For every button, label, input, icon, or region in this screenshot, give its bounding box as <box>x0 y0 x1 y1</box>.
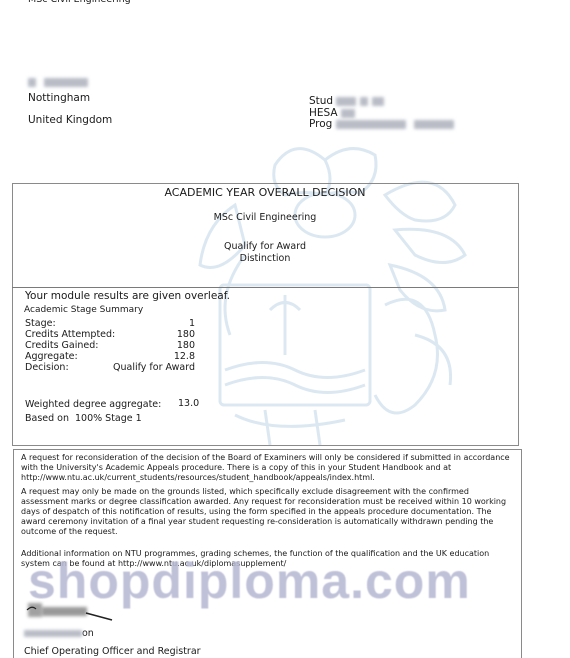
summary-row-label: Aggregate: <box>25 351 78 362</box>
summary-row-value: 180 <box>177 329 195 340</box>
decision-classification: Distinction <box>12 253 518 264</box>
header-programme: MSc Civil Engineering <box>28 0 131 5</box>
decision-divider <box>12 287 518 288</box>
programme-label: Prog <box>309 118 332 130</box>
decision-programme: MSc Civil Engineering <box>12 212 518 223</box>
summary-row: Stage:1 <box>25 318 195 329</box>
summary-row-label: Decision: <box>25 362 69 373</box>
summary-row: Decision:Qualify for Award <box>25 362 195 373</box>
signature-icon <box>24 600 114 622</box>
summary-row-value: 1 <box>189 318 195 329</box>
notes-appeals-paragraph: A request for reconsideration of the dec… <box>21 453 511 483</box>
address-city: Nottingham <box>28 92 90 104</box>
summary-row-label: Stage: <box>25 318 56 329</box>
programme-code-line: Prog <box>309 118 454 130</box>
signatory-name-suffix: on <box>82 628 94 639</box>
notes-grounds-paragraph: A request may only be made on the ground… <box>21 487 511 537</box>
summary-row-label: Credits Gained: <box>25 340 98 351</box>
summary-row: Credits Attempted:180 <box>25 329 195 340</box>
summary-row-value: 12.8 <box>174 351 195 362</box>
summary-row: Credits Gained:180 <box>25 340 195 351</box>
summary-row-value: Qualify for Award <box>113 362 195 373</box>
weighted-aggregate-value: 13.0 <box>178 398 199 409</box>
based-on-value: 100% Stage 1 <box>75 413 142 424</box>
summary-row-value: 180 <box>177 340 195 351</box>
signatory-title: Chief Operating Officer and Registrar <box>24 646 201 657</box>
signatory-name: on <box>24 628 94 639</box>
summary-row: Aggregate:12.8 <box>25 351 195 362</box>
based-on-label: Based on <box>25 413 69 424</box>
summary-intro: Your module results are given overleaf. <box>25 290 230 302</box>
summary-heading: Academic Stage Summary <box>24 305 143 315</box>
decision-outcome: Qualify for Award <box>12 241 518 252</box>
student-id-label: Stud <box>309 95 333 107</box>
recipient-name-redacted <box>28 72 88 91</box>
summary-row-label: Credits Attempted: <box>25 329 115 340</box>
address-country: United Kingdom <box>28 114 112 126</box>
student-id-line: Stud <box>309 95 384 107</box>
decision-title: ACADEMIC YEAR OVERALL DECISION <box>12 186 518 199</box>
weighted-aggregate-label: Weighted degree aggregate: <box>25 399 161 410</box>
